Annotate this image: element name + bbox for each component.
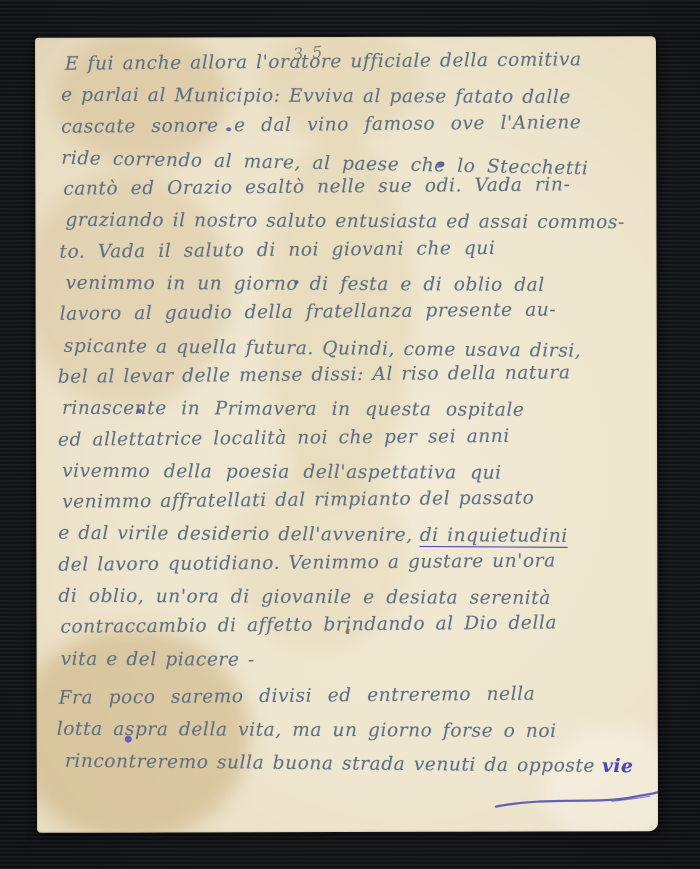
line-text: spicante a quella futura. Quindi, come u… <box>64 335 582 361</box>
handwritten-line: venimmo affratellati dal rimpianto del p… <box>62 487 657 523</box>
line-text: graziando il nostro saluto entusiasta ed… <box>65 210 625 233</box>
ink-blot <box>125 736 132 743</box>
line-text: vita e del piacere - <box>61 648 255 670</box>
line-text: venimmo affratellati dal rimpianto del p… <box>62 488 534 513</box>
line-text: cascate sonore e dal vino famoso ove l'A… <box>61 112 581 138</box>
line-text: bel al levar delle mense dissi: Al riso … <box>58 362 571 387</box>
underline-flourish <box>492 788 658 812</box>
line-text: rincontreremo sulla buona strada venuti … <box>65 750 595 776</box>
handwritten-line: del lavoro quotidiano. Venimmo a gustare… <box>58 549 657 586</box>
photo-background-fabric: 35 E fui anche allora l'oratore ufficial… <box>0 0 700 869</box>
line-text: vivemmo della poesia dell'aspettativa qu… <box>62 461 502 484</box>
paper-spot <box>346 630 350 634</box>
handwritten-line: to. Vada il saluto di noi giovani che qu… <box>59 236 656 273</box>
line-text: rinascente in Primavera in questa ospita… <box>62 398 525 421</box>
line-text: cantò ed Orazio esaltò nelle sue odi. Va… <box>63 175 570 200</box>
handwritten-line: lotta aspra della vita, ma un giorno for… <box>57 719 658 753</box>
line-text: to. Vada il saluto di noi giovani che qu… <box>59 238 495 263</box>
line-text: ed allettatrice località noi che per sei… <box>58 425 510 450</box>
ink-blot <box>137 409 142 414</box>
final-word-accent: vie <box>602 755 634 776</box>
manuscript-page: 35 E fui anche allora l'oratore ufficial… <box>35 36 658 833</box>
handwritten-line: rincontreremo sulla buona strada venuti … <box>65 750 658 787</box>
handwritten-line: Fra poco saremo divisi ed entreremo nell… <box>59 682 658 719</box>
line-text: venimmo in un giorno di festa e di oblio… <box>66 273 545 296</box>
handwritten-line: cantò ed Orazio esaltò nelle sue odi. Va… <box>63 174 656 210</box>
handwritten-line: vita e del piacere - <box>61 648 658 682</box>
line-text: del lavoro quotidiano. Venimmo a gustare… <box>58 550 556 575</box>
line-text: lavoro al gaudio della fratellanza prese… <box>60 300 557 325</box>
handwritten-line: ed allettatrice località noi che per sei… <box>58 424 657 461</box>
handwritten-line: contraccambio di affetto brindando al Di… <box>60 612 657 649</box>
line-text: di oblio, un'ora di giovanile e desiata … <box>58 586 551 609</box>
line-text: contraccambio di affetto brindando al Di… <box>60 613 557 638</box>
ink-blot <box>226 127 231 131</box>
handwritten-line: lavoro al gaudio della fratellanza prese… <box>60 299 657 336</box>
handwritten-line: E fui anche allora l'oratore ufficiale d… <box>65 49 656 85</box>
ink-blot <box>437 162 443 167</box>
line-text: e dal virile desiderio dell'avvenire, <box>58 523 413 546</box>
line-text: E fui anche allora l'oratore ufficiale d… <box>65 49 582 75</box>
underlined-phrase: di inquietudini <box>420 525 568 547</box>
line-text: e parlai al Municipio: Evviva al paese f… <box>61 85 571 108</box>
handwritten-line: cascate sonore e dal vino famoso ove l'A… <box>61 111 656 147</box>
line-text: Fra poco saremo divisi ed entreremo nell… <box>59 684 536 709</box>
handwriting-text: E fui anche allora l'oratore ufficiale d… <box>35 52 658 781</box>
ink-blot <box>295 280 299 284</box>
handwritten-line: bel al levar delle mense dissi: Al riso … <box>58 361 657 398</box>
